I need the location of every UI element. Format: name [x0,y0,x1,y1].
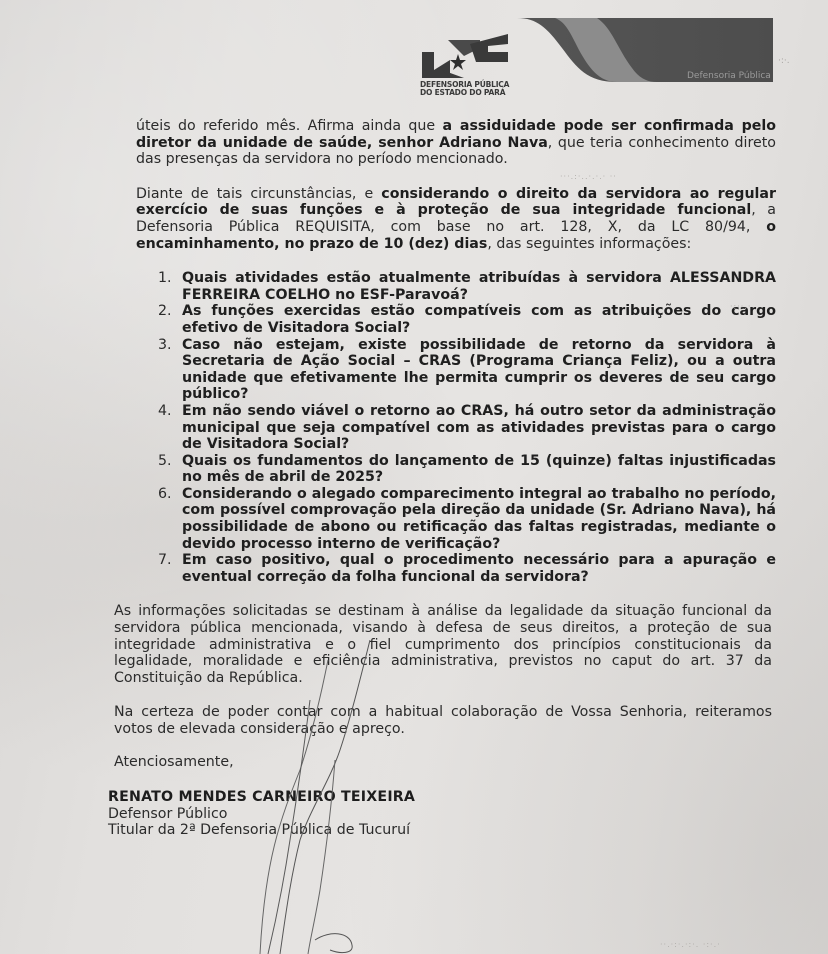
paragraph-purpose: As informações solicitadas se destinam à… [114,603,772,686]
question-item: 3.Caso não estejam, existe possibilidade… [146,337,776,403]
paragraph-attendance: úteis do referido mês. Afirma ainda que … [136,118,776,168]
question-item: 7.Em caso positivo, qual o procedimento … [146,552,776,585]
banner-faint-mark: ·:·. [778,56,790,66]
letter-body: úteis do referido mês. Afirma ainda que … [136,118,776,839]
signer-role: Titular da 2ª Defensoria Pública de Tucu… [108,822,776,839]
question-item: 4.Em não sendo viável o retorno ao CRAS,… [146,403,776,453]
header-banner: Defensoria Pública [517,18,773,82]
signature-block: RENATO MENDES CARNEIRO TEIXEIRA Defensor… [108,789,776,839]
question-item: 1.Quais atividades estão atualmente atri… [146,270,776,303]
logo-caption: DEFENSORIA PÚBLICA DO ESTADO DO PARÁ [420,81,540,97]
bleed-through-mark: ··.·:·.·:·. ·:·.· [660,940,721,949]
bleed-through-mark: ···.:·..·.·.· ·· [560,172,617,181]
paragraph-courtesy: Na certeza de poder contar com a habitua… [114,704,772,737]
paragraph-requisition: Diante de tais circunstâncias, e conside… [136,186,776,252]
question-item: 5.Quais os fundamentos do lançamento de … [146,453,776,486]
logo-line2: DO ESTADO DO PARÁ [420,89,540,97]
closing-salutation: Atenciosamente, [114,754,776,771]
question-item: 2.As funções exercidas estão compatíveis… [146,303,776,336]
bleed-through-mark: ·:··.· [730,302,751,311]
questions-list: 1.Quais atividades estão atualmente atri… [136,270,776,585]
banner-text: Defensoria Pública [687,71,771,81]
question-item: 6.Considerando o alegado comparecimento … [146,486,776,552]
signer-name: RENATO MENDES CARNEIRO TEIXEIRA [108,789,776,806]
signer-title: Defensor Público [108,806,776,823]
